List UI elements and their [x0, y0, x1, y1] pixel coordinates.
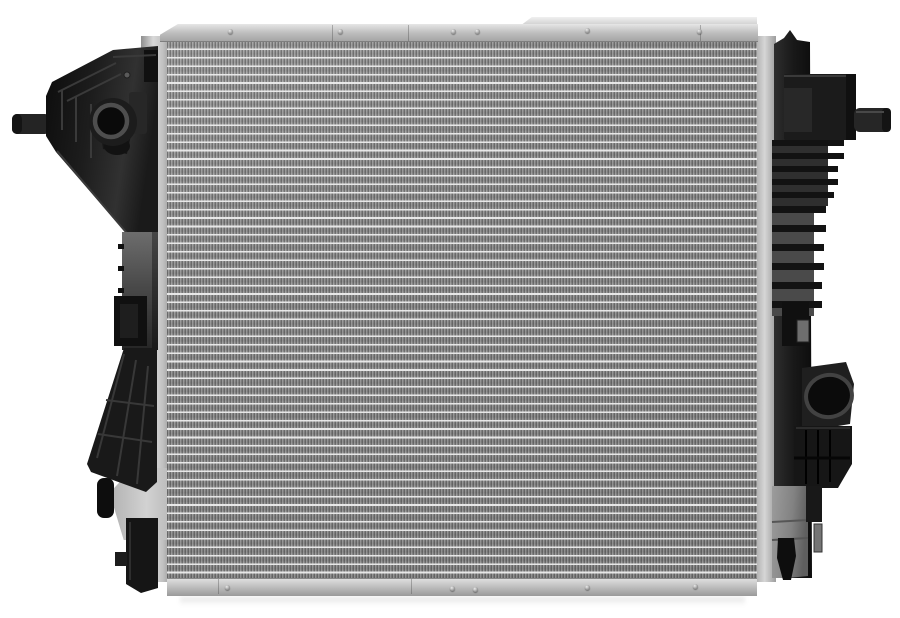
right-side-clip — [782, 302, 809, 346]
left-mounting-pin — [12, 114, 50, 134]
left-lower-stub — [97, 478, 114, 518]
left-side-clip — [114, 296, 147, 346]
left-lower-bracket — [87, 348, 157, 492]
product-photo — [0, 0, 900, 618]
end-tanks-layer — [0, 0, 900, 618]
right-rib-band-upper — [772, 140, 844, 206]
right-lower-bracket — [794, 426, 852, 488]
right-end-tank — [772, 30, 891, 580]
right-mounting-pin — [854, 108, 891, 132]
left-bottom-block — [115, 518, 158, 593]
left-end-tank — [12, 46, 158, 593]
right-rib-band-lower — [772, 206, 826, 316]
right-mount-block — [784, 74, 856, 140]
outlet-port — [802, 362, 856, 432]
screw-dot — [124, 72, 130, 78]
